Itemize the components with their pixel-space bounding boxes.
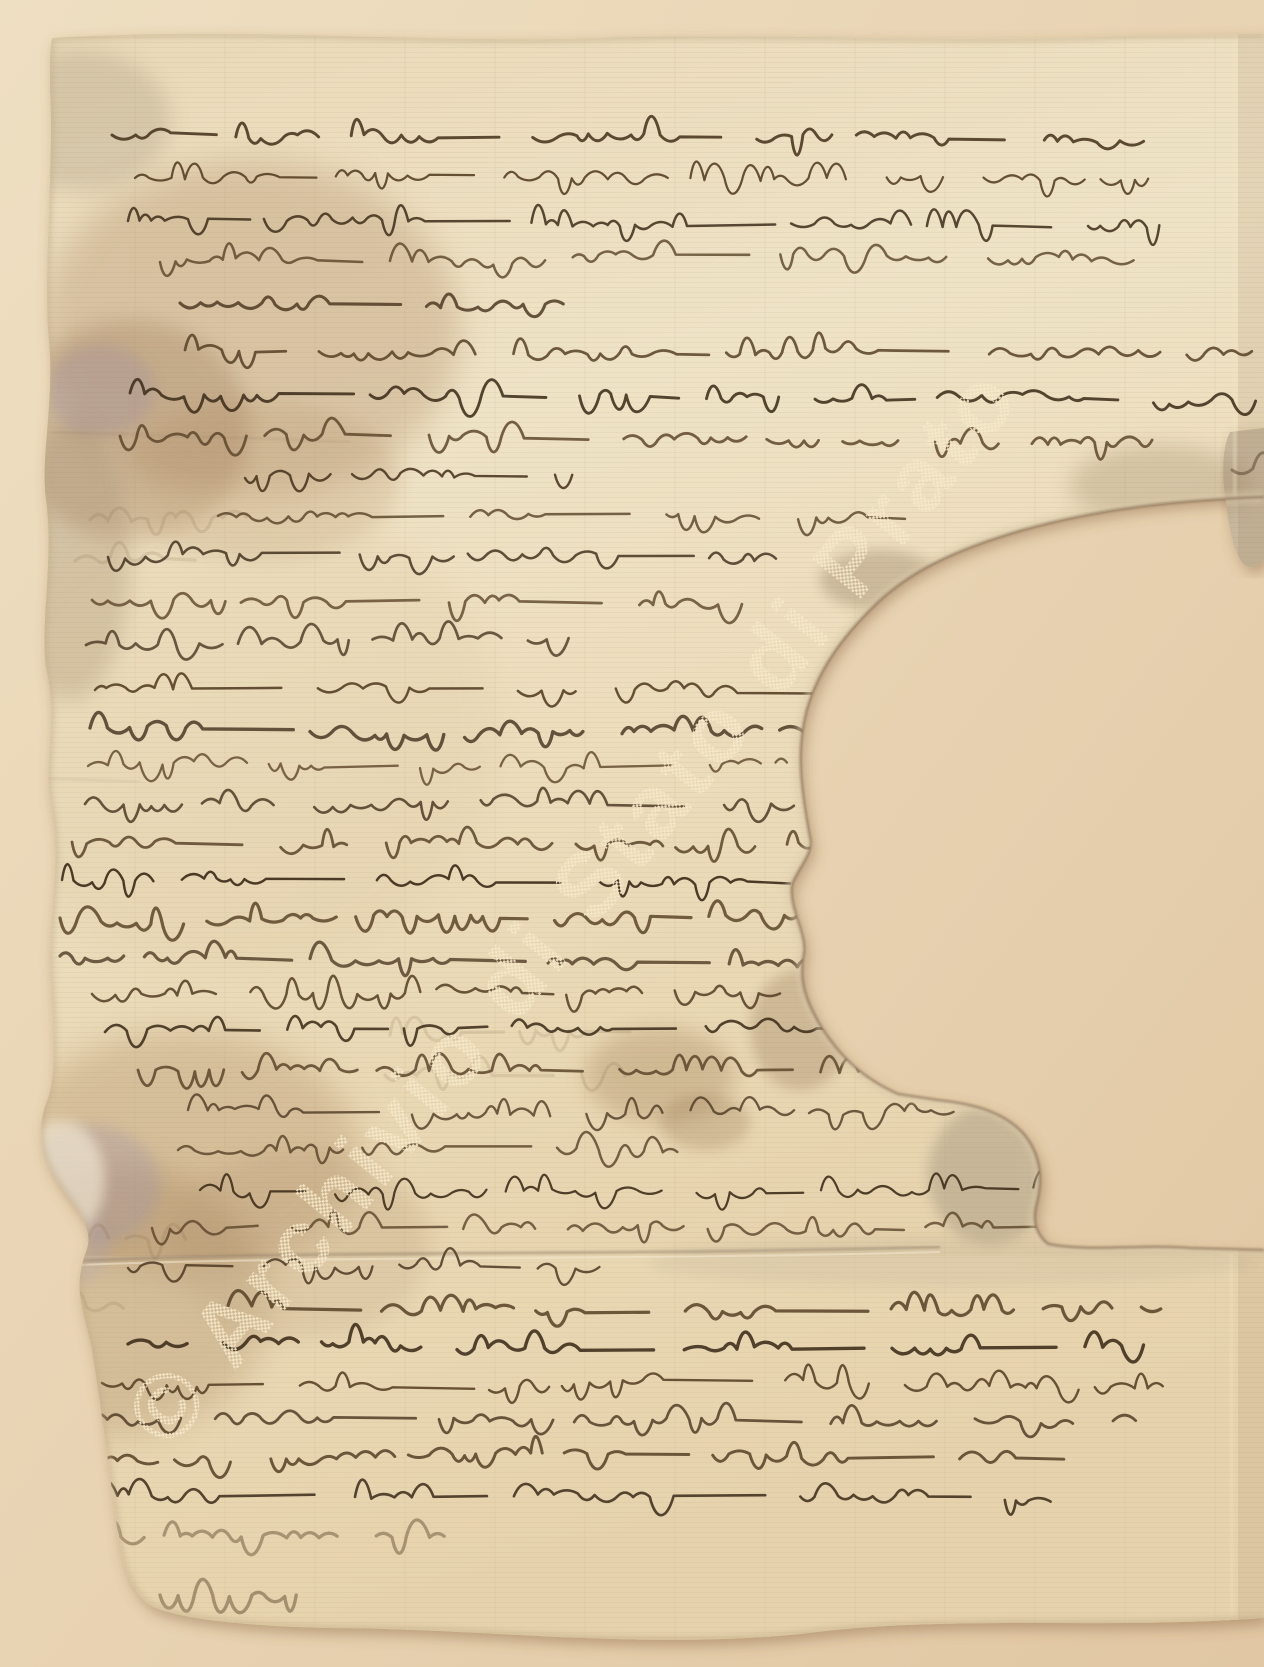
crease-vertical-right-2 — [1230, 1251, 1233, 1618]
crease-vertical-right — [1233, 40, 1236, 497]
stain-lavender — [45, 345, 155, 435]
scanned-manuscript-page: © Archivio di Stato di Prato — [0, 0, 1264, 1667]
manuscript-scan-svg: © Archivio di Stato di Prato — [0, 0, 1264, 1667]
stain — [660, 1094, 750, 1150]
